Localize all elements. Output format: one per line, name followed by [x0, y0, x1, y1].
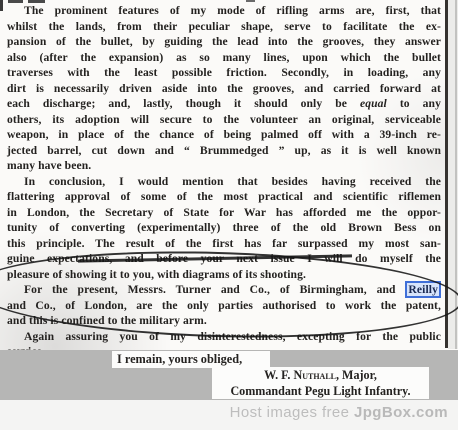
text-line: and Co., of London, are the only parties… [7, 298, 441, 314]
text-segment: to any [387, 97, 441, 110]
left-column-rule-fragment [0, 0, 3, 11]
image-host-footer: Host images free JpgBox.com [0, 400, 458, 430]
italic-word-equal: equal [360, 97, 387, 110]
text-line: The prominent features of my mode of rif… [7, 3, 441, 19]
text-line: Again assuring you of my disinterestedne… [7, 329, 441, 345]
text-line: in London, the Secretary of State for Wa… [7, 205, 441, 221]
column-rule [445, 0, 448, 348]
scanned-letter-screenshot: The prominent features of my mode of rif… [0, 0, 458, 430]
text-line: tunity of converting (experimentally) th… [7, 220, 441, 236]
text-segment: For the present, Messrs. Turner and Co.,… [24, 283, 405, 296]
page-edge-line [455, 0, 457, 349]
text-segment: , Major, [336, 368, 377, 382]
text-line: traverses with the least possible fricti… [7, 65, 441, 81]
text-segment: W. F. [264, 368, 293, 382]
cut-off-text-fragment [246, 0, 255, 2]
letter-body: The prominent features of my mode of rif… [7, 3, 441, 360]
closing-line-strip: I remain, yours obliged, [112, 351, 270, 368]
search-highlight-reilly: Reilly [405, 281, 441, 298]
text-line: flattering approval of some of the most … [7, 189, 441, 205]
text-line: and this is confined to the military arm… [7, 313, 441, 329]
watermark-brand: JpgBox.com [354, 404, 448, 421]
newspaper-scan-page: The prominent features of my mode of rif… [0, 0, 458, 350]
text-line: many have been. [7, 158, 441, 174]
signature-title-line: Commandant Pegu Light Infantry. [212, 384, 429, 400]
text-line: also (after the expansion) as so many li… [7, 50, 441, 66]
text-line: others, its adoption will secure to the … [7, 112, 441, 128]
text-line: weapon, in place of the chance of being … [7, 127, 441, 143]
text-line: pleasure of showing it to you, with diag… [7, 267, 441, 283]
text-segment: each discharge; and, lastly, though it s… [7, 97, 360, 110]
signature-strip: W. F. Nuthall, Major, Commandant Pegu Li… [212, 367, 429, 399]
text-line: pansion of the bullet, by guiding the le… [7, 34, 441, 50]
text-line: In conclusion, I would mention that besi… [7, 174, 441, 190]
text-line: whilst the lands, from their peculiar sh… [7, 19, 441, 35]
text-line: this principle. The result of the first … [7, 236, 441, 252]
signature-line: W. F. Nuthall, Major, [212, 368, 429, 384]
signature-name-smallcaps: Nuthall [293, 368, 336, 382]
text-line: each discharge; and, lastly, though it s… [7, 96, 441, 112]
text-line: jected barrel, cut down and “ Brummedged… [7, 143, 441, 159]
text-line: dirt is necessarily driven aside into th… [7, 81, 441, 97]
text-line: For the present, Messrs. Turner and Co.,… [7, 282, 441, 298]
watermark-text: Host images free [230, 404, 354, 421]
